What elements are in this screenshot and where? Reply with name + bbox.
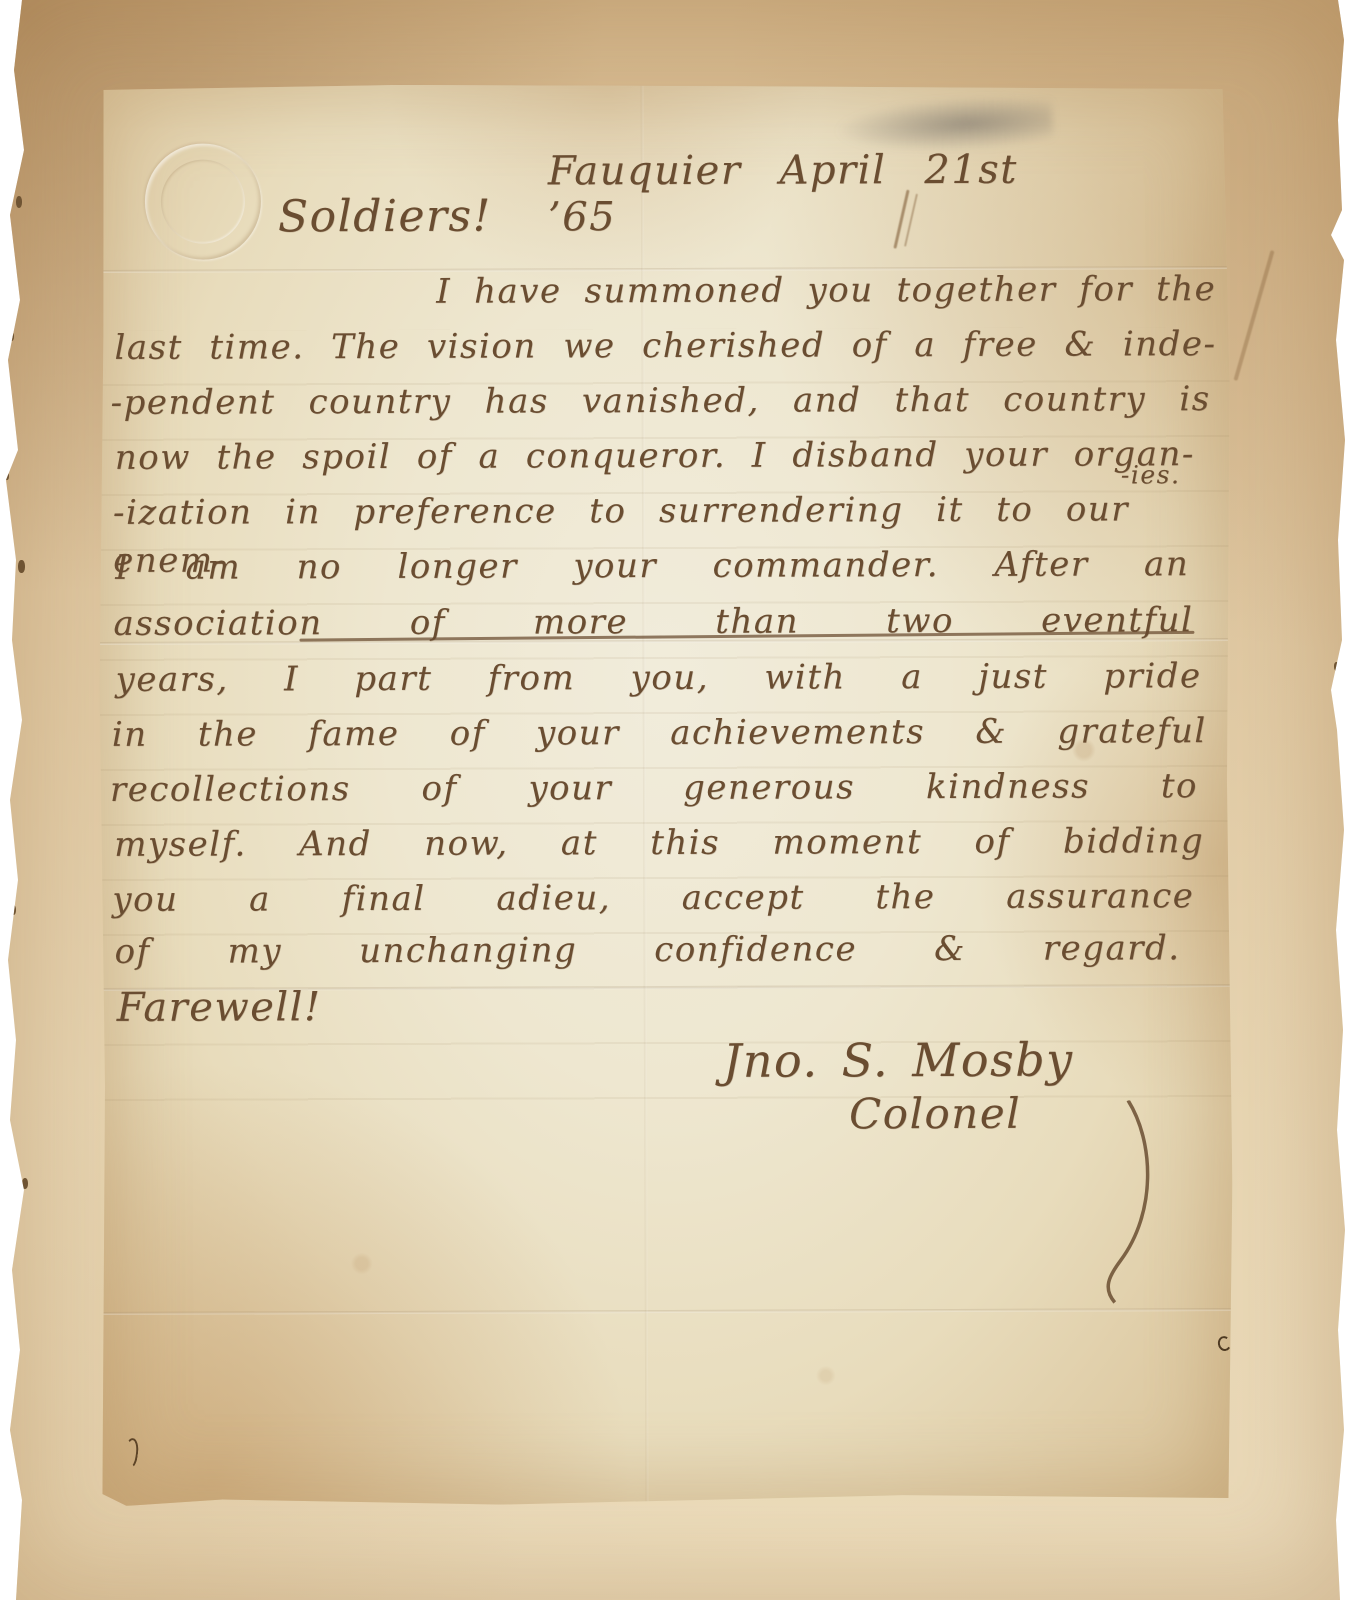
farewell-line: Farewell! <box>117 983 322 1034</box>
letter-line: in the fame of your achievements & grate… <box>112 707 1207 761</box>
letter-page: Fauquier April 21st ’65 Soldiers! I have… <box>98 82 1234 1506</box>
paper-chip <box>16 196 22 208</box>
signature-flourish <box>1086 1100 1167 1310</box>
letter-line: years, I part from you, with a just prid… <box>116 652 1202 706</box>
letter-line: now the spoil of a conqueror. I disband … <box>115 430 1195 484</box>
ink-dot-mark <box>1216 1335 1232 1352</box>
signature-name: Jno. S. Mosby <box>723 1033 1074 1088</box>
salutation: Soldiers! <box>278 191 492 243</box>
letter-line: myself. And now, at this moment of biddi… <box>114 817 1204 871</box>
superscript-insertion: -ies. <box>1121 460 1181 489</box>
letter-line: -pendent country has vanished, and that … <box>111 375 1211 429</box>
letter-line: last time. The vision we cherished of a … <box>114 320 1216 374</box>
letter-line: recollections of your generous kindness … <box>110 762 1198 816</box>
letter-line: of my unchanging confidence & regard. <box>114 924 1180 978</box>
embossed-seal-icon <box>145 143 261 259</box>
letter-line: you a final adieu, accept the assurance <box>112 872 1194 926</box>
letter-line: I am no longer your commander. After an <box>115 540 1189 594</box>
paper-chip <box>18 560 25 573</box>
signature-rank: Colonel <box>849 1089 1021 1139</box>
fold-crease <box>102 1308 1233 1315</box>
letter-line: I have summoned you together for the <box>436 265 1216 318</box>
letter-line: association of more than two eventful <box>113 596 1193 650</box>
date-line: Fauquier April 21st ’65 <box>548 147 1018 241</box>
letter-line: -ization in preference to surrendering i… <box>113 485 1129 539</box>
ink-transfer-mark <box>1233 250 1274 381</box>
